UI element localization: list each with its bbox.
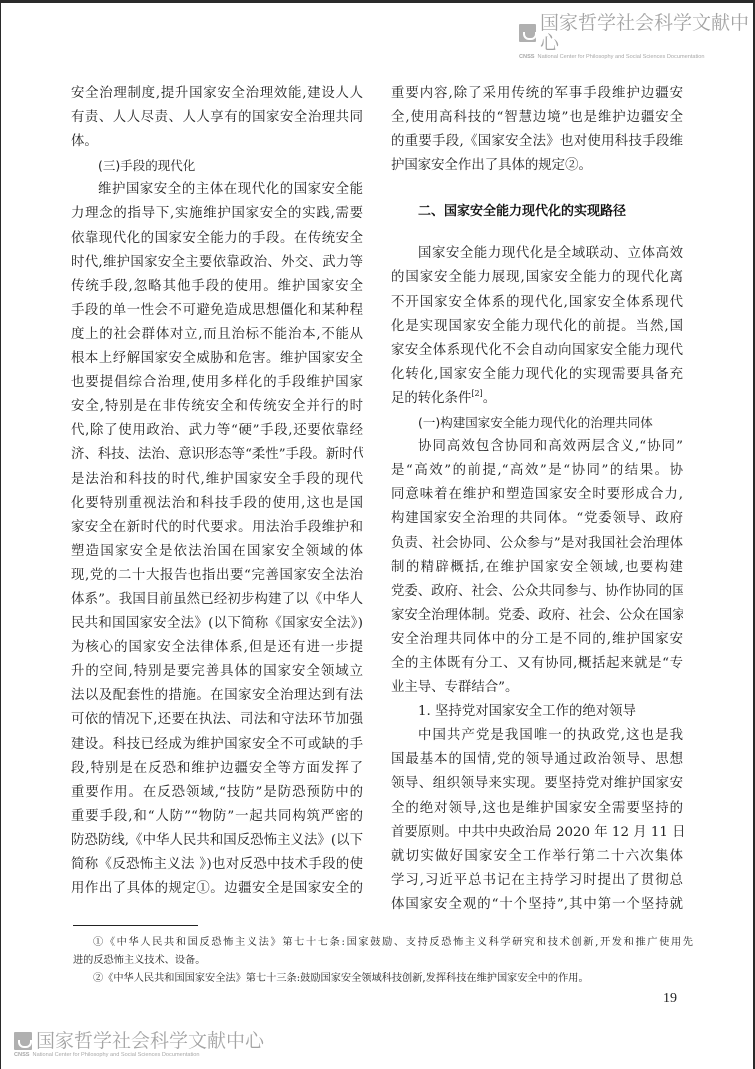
- text-line: 维护国家安全的主体在现代化的国家安全能: [71, 178, 363, 202]
- text-line: 济、科技、法治、意识形态等“柔性”手段。新时代: [71, 443, 363, 467]
- text-line: 段,特别是在反恐和维护边疆安全等方面发挥了: [71, 757, 363, 781]
- text-line: 首要原则。中共中央政治局 2020 年 12 月 11 日: [391, 821, 683, 845]
- watermark-cn-text: 国家哲学社会科学文献中心: [36, 1031, 264, 1051]
- text-line: 化是实现国家安全能力现代化的前提。当然,国: [391, 315, 683, 339]
- text-line: 学习,习近平总书记在主持学习时提出了贯彻总: [391, 869, 683, 893]
- text-line: 制的精辟概括,在维护国家安全领域,也要构建: [391, 556, 683, 580]
- right-column: 重要内容,除了采用传统的军事手段维护边疆安 全,使用高科技的“智慧边境”也是维护…: [391, 82, 683, 917]
- subsection-heading: 1. 坚持党对国家安全工作的绝对领导: [391, 700, 683, 724]
- text-line: 业主导、专群结合”。: [391, 676, 683, 700]
- text-line: 化转化,国家安全能力现代化的实现需要具备充: [391, 363, 683, 387]
- text-line: 安全治理制度,提升国家安全治理效能,建设人人: [71, 82, 363, 106]
- text-line: 全的绝对领导,这也是维护国家安全需要坚持的: [391, 797, 683, 821]
- viewer-frame-top: [0, 0, 755, 3]
- text-line: 全,使用高科技的“智慧边境”也是维护边疆安全: [391, 106, 683, 130]
- text-line: 不开国家安全体系的现代化,国家安全体系现代: [391, 291, 683, 315]
- text-line: 用作出了具体的规定①。边疆安全是国家安全的: [71, 877, 363, 901]
- text-line: 现,党的二十大报告也指出要“完善国家安全法治: [71, 564, 363, 588]
- text-line: 家安全体系现代化不会自动向国家安全能力现代: [391, 339, 683, 363]
- text-line: 依靠现代化的国家安全能力的手段。在传统安全: [71, 227, 363, 251]
- text-line: 国家安全能力现代化是全域联动、立体高效: [391, 242, 683, 266]
- text-line: 构建国家安全治理的共同体。“党委领导、政府: [391, 507, 683, 531]
- section-subheading: (三)手段的现代化: [71, 154, 363, 178]
- text-line: 度上的社会群体对立,而且治标不能治本,不能从: [71, 323, 363, 347]
- text-line: 时代,维护国家安全主要依靠政治、外交、武力等: [71, 251, 363, 275]
- text-line: 安全,特别是在非传统安全和传统安全并行的时: [71, 395, 363, 419]
- text-line: 化要特别重视法治和科技手段的使用,这也是国: [71, 492, 363, 516]
- text-line: 塑造国家安全是依法治国在国家安全领域的体: [71, 540, 363, 564]
- text-line: 手段的单一性会不可避免造成思想僵化和某种程: [71, 299, 363, 323]
- citation-ref[interactable]: [2]: [471, 389, 482, 398]
- text-line: 体。: [71, 130, 363, 154]
- text-line: 传统手段,忽略其他手段的使用。维护国家安全: [71, 275, 363, 299]
- text-line: 协同高效包含协同和高效两层含义,“协同”: [391, 435, 683, 459]
- ncpssd-logo-icon: [14, 1032, 32, 1050]
- text-line: 也要提倡综合治理,使用多样化的手段维护国家: [71, 371, 363, 395]
- footnote-1: ①《中华人民共和国反恐怖主义法》第七十七条:国家鼓励、支持反恐怖主义科学研究和技…: [73, 934, 693, 952]
- text-line: 安全治理共同体中的分工是不同的,维护国家安: [391, 628, 683, 652]
- text-line: 有责、人人尽责、人人享有的国家安全治理共同: [71, 106, 363, 130]
- text-line: 家安全在新时代的时代要求。用法治手段维护和: [71, 516, 363, 540]
- section-heading: 二、国家安全能力现代化的实现路径: [391, 200, 683, 224]
- text-line: 是法治和科技的时代,维护国家安全手段的现代: [71, 468, 363, 492]
- text-line: 代,除了使用政治、武力等“硬”手段,还要依靠经: [71, 419, 363, 443]
- text-line: 可依的情况下,还要在执法、司法和守法环节加强: [71, 708, 363, 732]
- watermark-logo-bottom: 国家哲学社会科学文献中心 CNSSNational Center for Phi…: [14, 1031, 264, 1059]
- text-line: 护国家安全作出了具体的规定②。: [391, 154, 683, 178]
- text-line: 体系”。我国目前虽然已经初步构建了以《中华人: [71, 588, 363, 612]
- ncpssd-logo-icon: [519, 24, 536, 42]
- left-column: 安全治理制度,提升国家安全治理效能,建设人人 有责、人人尽责、人人享有的国家安全…: [71, 82, 363, 901]
- section-subheading: (一)构建国家安全能力现代化的治理共同体: [391, 411, 683, 435]
- watermark-cn-text: 国家哲学社会科学文献中心: [540, 13, 755, 53]
- text-line: 建设。科技已经成为维护国家安全不可或缺的手: [71, 733, 363, 757]
- footnote-divider: [73, 925, 198, 926]
- text-line: 力理念的指导下,实施维护国家安全的实践,需要: [71, 202, 363, 226]
- text-line: 的国家安全能力展现,国家安全能力的现代化离: [391, 266, 683, 290]
- text-line: 根本上纾解国家安全威胁和危害。维护国家安全: [71, 347, 363, 371]
- viewer-frame-left: [0, 0, 1, 1069]
- text-line: 法以及配套性的措施。在国家安全治理达到有法: [71, 684, 363, 708]
- text-line: 升的空间,特别是要完善具体的国家安全领域立: [71, 660, 363, 684]
- page-number: 19: [663, 991, 677, 1007]
- text-line: 足的转化条件[2]。: [391, 387, 683, 411]
- text-line: 体国家安全观的“十个坚持”,其中第一个坚持就: [391, 893, 683, 917]
- watermark-en-text: CNSSNational Center for Philosophy and S…: [519, 53, 755, 61]
- watermark-logo-top: 国家哲学社会科学文献中心 CNSSNational Center for Phi…: [519, 13, 755, 61]
- text-line: 家安全治理体制。党委、政府、社会、公众在国家: [391, 604, 683, 628]
- text-line: 同意味着在维护和塑造国家安全时要形成合力,: [391, 483, 683, 507]
- footnote-1-cont: 进的反恐怖主义技术、设备。: [73, 952, 693, 970]
- text-line: 民共和国国家安全法》(以下简称《国家安全法》): [71, 612, 363, 636]
- text-line: 简称《反恐怖主义法 》)也对反恐中技术手段的使: [71, 853, 363, 877]
- text-line: 重要手段,和“人防”“物防”一起共同构筑严密的: [71, 805, 363, 829]
- text-line: 为核心的国家安全法律体系,但是还有进一步提: [71, 636, 363, 660]
- text-line: 重要作用。在反恐领域,“技防”是防恐预防中的: [71, 781, 363, 805]
- footnotes: ①《中华人民共和国反恐怖主义法》第七十七条:国家鼓励、支持反恐怖主义科学研究和技…: [73, 934, 693, 988]
- text-line: 的重要手段,《国家安全法》也对使用科技手段维: [391, 130, 683, 154]
- text-line: 重要内容,除了采用传统的军事手段维护边疆安: [391, 82, 683, 106]
- text-line: 是“高效”的前提,“高效”是“协同”的结果。协: [391, 459, 683, 483]
- text-line: 负责、社会协同、公众参与”是对我国社会治理体: [391, 532, 683, 556]
- text-line: 全的主体既有分工、又有协同,概括起来就是“专: [391, 652, 683, 676]
- text-line: 党委、政府、社会、公众共同参与、协作协同的国: [391, 580, 683, 604]
- footnote-2: ②《中华人民共和国国家安全法》第七十三条:鼓励国家安全领域科技创新,发挥科技在维…: [73, 970, 693, 988]
- text-line: 中国共产党是我国唯一的执政党,这也是我: [391, 724, 683, 748]
- text-line: 国最基本的国情,党的领导通过政治领导、思想: [391, 748, 683, 772]
- text-line: 就切实做好国家安全工作举行第二十六次集体: [391, 845, 683, 869]
- watermark-en-text: CNSSNational Center for Philosophy and S…: [14, 1051, 264, 1059]
- text-line: 防恐防线,《中华人民共和国反恐怖主义法》(以下: [71, 829, 363, 853]
- text-line: 领导、组织领导来实现。要坚持党对维护国家安: [391, 772, 683, 796]
